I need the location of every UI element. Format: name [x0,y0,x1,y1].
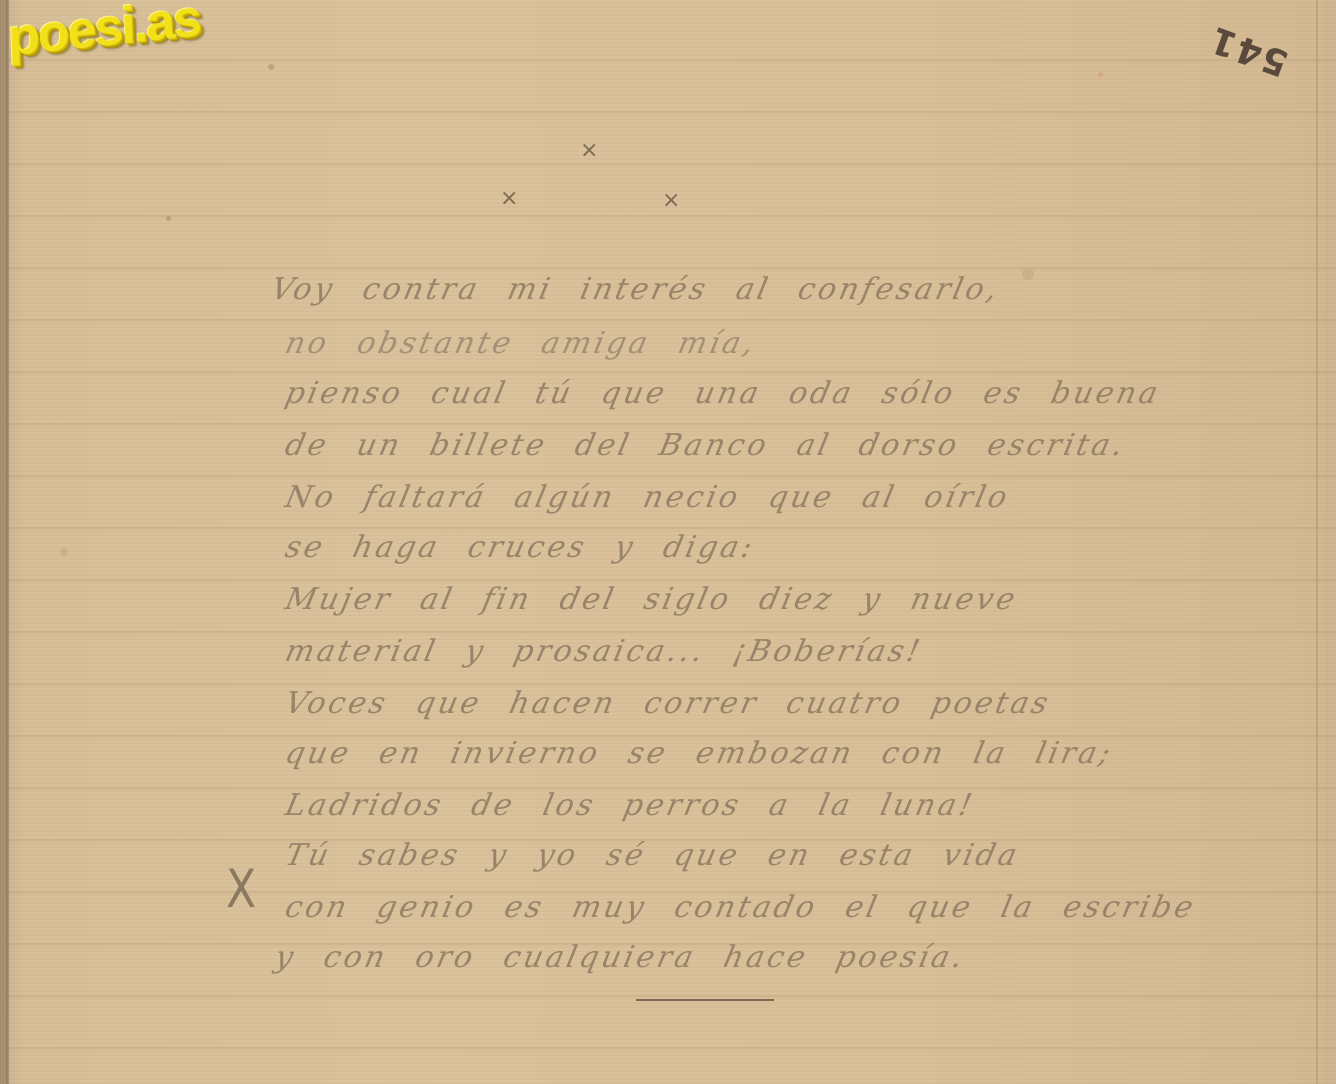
poem-line-6: se haga cruces y diga: [282,530,758,565]
poem-line-2: no obstante amiga mía, [282,326,760,361]
manuscript-page: poesi.as 541 × × × Voy contra mi interés… [0,0,1336,1084]
poem-line-7: Mujer al fin del siglo diez y nueve [282,582,1021,617]
margin-x-mark: X [226,864,256,917]
poem-line-4: de un billete del Banco al dorso escrita… [282,428,1129,463]
poem-line-9: Voces que hacen correr cuatro poetas [282,686,1054,721]
poem-line-10: que en invierno se embozan con la lira; [282,736,1116,771]
poem-line-1: Voy contra mi interés al confesarlo, [268,272,1003,307]
closing-rule [636,999,774,1001]
poem-line-13: con genio es muy contado el que la escri… [282,890,1199,925]
poem-line-3: pienso cual tú que una oda sólo es buena [282,376,1164,411]
poem-body: Voy contra mi interés al confesarlo, no … [0,0,1336,1084]
poem-line-12: Tú sabes y yo sé que en esta vida [282,838,1023,873]
poem-line-11: Ladridos de los perros a la luna! [282,788,978,823]
poem-line-14: y con oro cualquiera hace poesía. [272,940,969,975]
poem-line-8: material y prosaica... ¡Boberías! [282,634,926,669]
poem-line-5: No faltará algún necio que al oírlo [282,480,1013,515]
